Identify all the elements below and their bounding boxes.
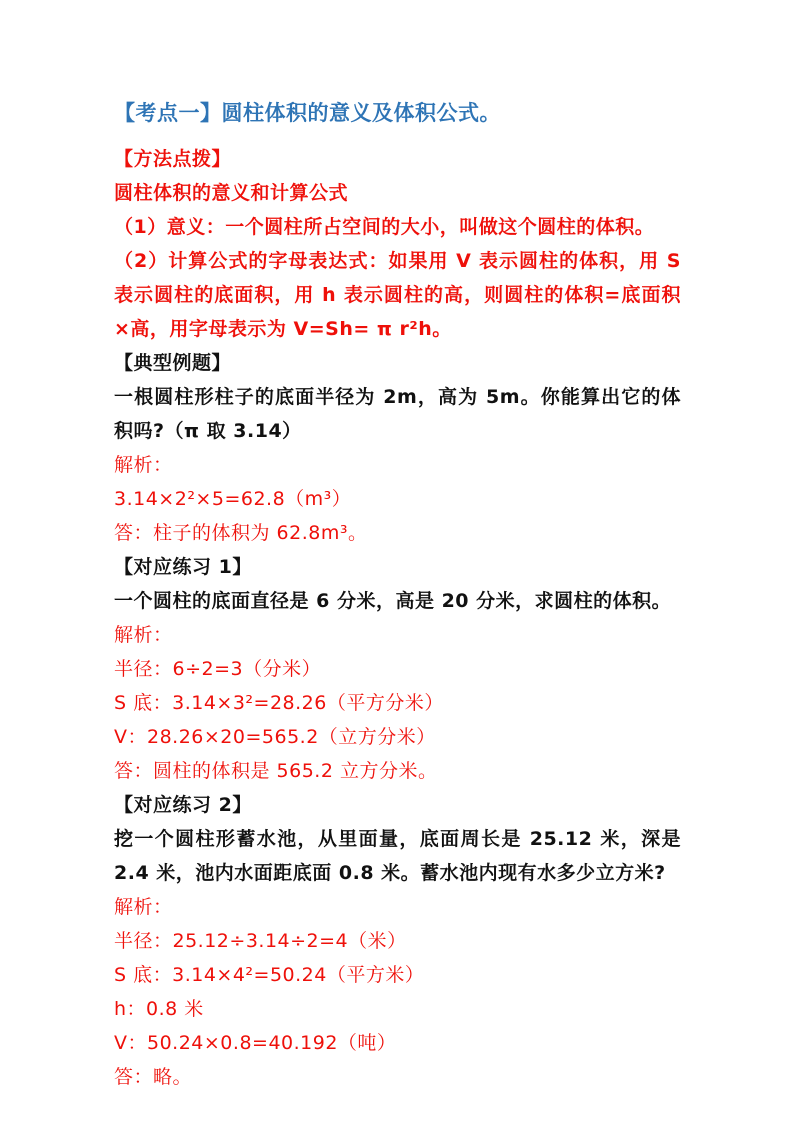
method-tips-header: 【方法点拨】 [114, 142, 681, 176]
method-point-2: （2）计算公式的字母表达式：如果用 V 表示圆柱的体积，用 S 表示圆柱的底面积… [114, 244, 681, 346]
typical-example-question: 一根圆柱形柱子的底面半径为 2m，高为 5m。你能算出它的体积吗?（π 取 3.… [114, 380, 681, 448]
practice-1-answer: 答：圆柱的体积是 565.2 立方分米。 [114, 754, 681, 788]
heading-examination-point-1: 【考点一】圆柱体积的意义及体积公式。 [114, 96, 681, 130]
practice-2-answer: 答：略。 [114, 1060, 681, 1094]
practice-2-header: 【对应练习 2】 [114, 788, 681, 822]
document-page: 【考点一】圆柱体积的意义及体积公式。【方法点拨】圆柱体积的意义和计算公式（1）意… [0, 0, 793, 1122]
method-tips-subtitle: 圆柱体积的意义和计算公式 [114, 176, 681, 210]
practice-2-analysis-label: 解析： [114, 890, 681, 924]
practice-1-volume: V：28.26×20=565.2（立方分米） [114, 720, 681, 754]
practice-1-radius: 半径：6÷2=3（分米） [114, 652, 681, 686]
example-answer: 答：柱子的体积为 62.8m³。 [114, 516, 681, 550]
practice-2-volume: V：50.24×0.8=40.192（吨） [114, 1026, 681, 1060]
practice-1-analysis-label: 解析： [114, 618, 681, 652]
practice-1-header: 【对应练习 1】 [114, 550, 681, 584]
typical-example-header: 【典型例题】 [114, 346, 681, 380]
practice-2-radius: 半径：25.12÷3.14÷2=4（米） [114, 924, 681, 958]
practice-2-question: 挖一个圆柱形蓄水池，从里面量，底面周长是 25.12 米，深是 2.4 米，池内… [114, 822, 681, 890]
document-body: 【考点一】圆柱体积的意义及体积公式。【方法点拨】圆柱体积的意义和计算公式（1）意… [114, 96, 681, 1094]
practice-2-height: h：0.8 米 [114, 992, 681, 1026]
method-point-1: （1）意义：一个圆柱所占空间的大小，叫做这个圆柱的体积。 [114, 210, 681, 244]
practice-2-base-area: S 底：3.14×4²=50.24（平方米） [114, 958, 681, 992]
example-analysis-label: 解析： [114, 448, 681, 482]
example-calculation: 3.14×2²×5=62.8（m³） [114, 482, 681, 516]
practice-1-question: 一个圆柱的底面直径是 6 分米，高是 20 分米，求圆柱的体积。 [114, 584, 681, 618]
practice-1-base-area: S 底：3.14×3²=28.26（平方分米） [114, 686, 681, 720]
